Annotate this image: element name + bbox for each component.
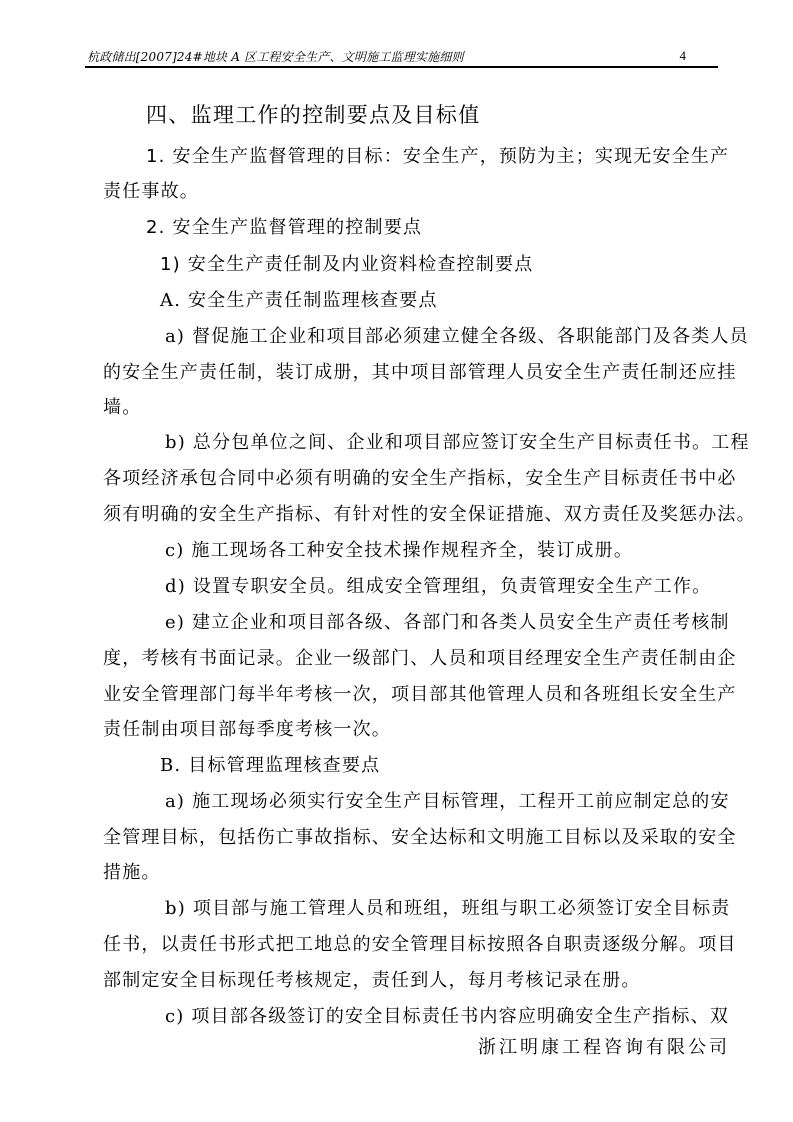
partB-b-line3: 部制定安全目标现任考核规定，责任到人，每月考核记录在册。 <box>103 970 641 992</box>
partA-e-line4: 责任制由项目部每季度考核一次。 <box>103 719 391 741</box>
partB-c-line1: c) 项目部各级签订的安全目标责任书内容应明确安全生产指标、双 <box>165 1006 718 1028</box>
item1-line1: 1. 安全生产监督管理的目标：安全生产，预防为主；实现无安全生产 <box>146 146 718 168</box>
page-number: 4 <box>680 48 687 64</box>
partA-e-line2: 度，考核有书面记录。企业一级部门、人员和项目经理安全生产责任制由企 <box>103 648 718 670</box>
partA-a-line2: 的安全生产责任制，装订成册，其中项目部管理人员安全生产责任制还应挂 <box>103 362 718 384</box>
partB-a-line1: a) 施工现场必须实行安全生产目标管理，工程开工前应制定总的安 <box>165 791 718 813</box>
partB-a-line3: 措施。 <box>103 862 161 884</box>
header-title: 杭政储出[2007]24#地块 A 区工程安全生产、文明施工监理实施细则 <box>87 48 464 65</box>
partA-a-line1: a) 督促施工企业和项目部必须建立健全各级、各职能部门及各类人员 <box>165 326 718 348</box>
partA-b-line3: 须有明确的安全生产指标、有针对性的安全保证措施、双方责任及奖惩办法。 <box>103 504 718 526</box>
partA-a-line3: 墙。 <box>103 397 141 419</box>
partB-a-line2: 全管理目标，包括伤亡事故指标、安全达标和文明施工目标以及采取的安全 <box>103 827 718 849</box>
footer-company: 浙江明康工程咨询有限公司 <box>478 1033 718 1059</box>
partA-c-line1: c) 施工现场各工种安全技术操作规程齐全，装订成册。 <box>165 540 633 562</box>
page-header: 杭政储出[2007]24#地块 A 区工程安全生产、文明施工监理实施细则 4 <box>85 46 718 68</box>
sub1-heading: 1) 安全生产责任制及内业资料检查控制要点 <box>160 254 533 276</box>
partA-b-line2: 各项经济承包合同中必须有明确的安全生产指标，安全生产目标责任书中必 <box>103 468 718 490</box>
partA-b-line1: b) 总分包单位之间、企业和项目部应签订安全生产目标责任书。工程 <box>165 432 718 454</box>
section-heading: 四、监理工作的控制要点及目标值 <box>146 104 481 126</box>
partA-title: A. 安全生产责任制监理核查要点 <box>160 290 438 312</box>
partB-b-line1: b) 项目部与施工管理人员和班组，班组与职工必须签订安全目标责 <box>165 898 718 920</box>
partA-e-line3: 业安全管理部门每半年考核一次，项目部其他管理人员和各班组长安全生产 <box>103 684 718 706</box>
partA-d-line1: d) 设置专职安全员。组成安全管理组，负责管理安全生产工作。 <box>165 576 711 598</box>
item1-line2: 责任事故。 <box>103 181 199 203</box>
partB-title: B. 目标管理监理核查要点 <box>160 755 380 777</box>
partA-e-line1: e) 建立企业和项目部各级、各部门和各类人员安全生产责任考核制 <box>165 612 718 634</box>
item2-heading: 2. 安全生产监督管理的控制要点 <box>146 217 422 239</box>
partB-b-line2: 任书，以责任书形式把工地总的安全管理目标按照各自职责逐级分解。项目 <box>103 934 718 956</box>
